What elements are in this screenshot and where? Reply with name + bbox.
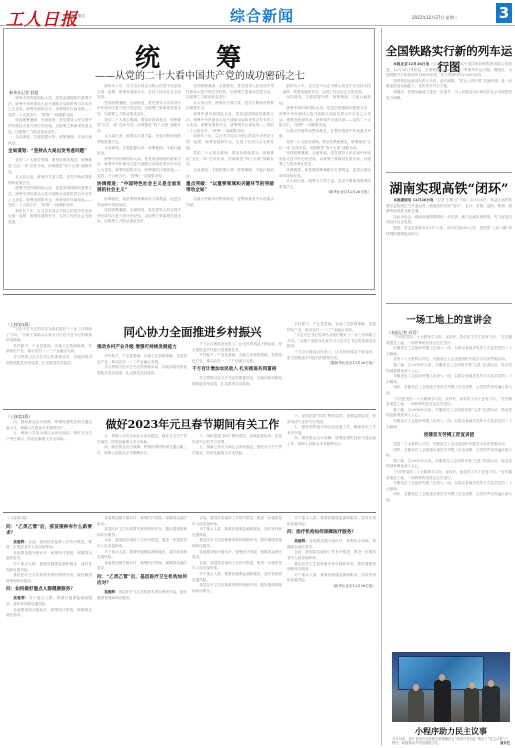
holiday-article-column-1: 四、做好群众出行保障。统筹疫情防控和交通运输工作，保障人民群众平安顺利出行。 五… — [6, 420, 92, 508]
person-head — [413, 684, 419, 691]
person-head — [439, 674, 445, 681]
qa-article-column-2: 各地要加强分级诊疗，统筹医疗资源，保障群众就医需求。 基层医疗卫生机构要发挥好网… — [97, 516, 187, 744]
qa-question-1: 问：“乙类乙管”后，疫苗接种有什么新要求？ — [6, 525, 92, 537]
holiday-article-column-2: 五、保障公共安全和社会治安稳定。强化安全生产责任落实，防范化解重大安全风险。 四… — [97, 434, 187, 508]
rural-article-end-note: （据新华社北京12月26日电） — [287, 361, 376, 367]
lead-article-end-note: （新华社北京12月26日电） — [279, 190, 371, 196]
section-rule — [3, 294, 376, 295]
person — [464, 688, 479, 722]
rural-article-title: 同心协力全面推进乡村振兴 — [100, 324, 285, 340]
rural-subhead-2: 千方百计增加农民收入 扎实推进共同富裕 — [192, 367, 282, 373]
section-rule — [386, 172, 512, 173]
qa-article-column-3: 目前，我国疫苗接种工作有序推进，要进一步提高老年人疫苗接种率。 对于重点人群，要… — [192, 516, 282, 744]
holiday-article-title: 做好2023年元旦春节期间有关工作 — [100, 416, 285, 432]
qa-question-3: 问：“乙类乙管”后，基层医疗卫生机构如何应对？ — [97, 575, 187, 587]
hunan-dateline: 本报湖南电 12月26日电 — [393, 198, 434, 202]
person-head — [469, 682, 475, 689]
person — [408, 690, 424, 722]
lead-article-subtitle: ——从党的二十大看中国共产党的成功密码之七 — [30, 67, 370, 82]
lead-subhead-2: 重点突破：“以重要领域和关键环节的突破带动全局” — [186, 182, 274, 194]
lead-article-column-4: 新时代十年，以习近平同志为核心的党中央坚持全国一盘棋，统筹发展和安全，实现了经济… — [279, 84, 371, 286]
qa-article-end-note: （新华社北京12月26日电） — [287, 584, 376, 590]
rural-article-column-2: 推动乡村产业升级 增强可持续发展能力 乡村振兴，产业是基础。各地立足资源禀赋，发… — [97, 342, 187, 405]
editor-credit: 责任编辑 版式 — [63, 14, 85, 19]
news-photo — [392, 652, 510, 722]
section-rule — [3, 409, 376, 410]
railway-dateline: 本报北京12月26日电 — [393, 62, 429, 66]
issue-date: 2022年12月27日 星期二 — [412, 15, 458, 21]
person — [482, 686, 500, 722]
lead-subhead-3: 协调推进：“中国特色社会主义是全面发展的社会主义” — [97, 182, 181, 194]
qa-question-4: 问：医疗机构如何保障医疗服务？ — [287, 530, 376, 536]
qa-article-column-1: （上接第2版） 问：“乙类乙管”后，疫苗接种有什么新要求？ 焦雅辉：目前，我国疫… — [6, 516, 92, 744]
column-divider — [381, 28, 382, 746]
person-head — [488, 680, 494, 687]
lecture-subhead: 创建首支劳模工匠宣讲团 — [386, 433, 512, 439]
holiday-article-column-4: 六、深化拓展“四风”整治成效，加强监督检查，营造风清气正的节日氛围。 七、做好值… — [287, 414, 376, 508]
masthead: 工人日报 责任编辑 版式 综合新闻 2022年12月27日 星期二 3 — [0, 0, 515, 26]
qa-article-column-4: 对于重点人群，要做好健康监测和服务，及时发现和处置风险。 问：医疗机构如何保障医… — [287, 516, 376, 744]
section-title: 综合新闻 — [230, 5, 294, 26]
holiday-article-column-3: 六、深化拓展“四风”整治成效，加强监督检查，营造风清气正的节日氛围。 五、保障公… — [192, 434, 282, 508]
section-rule — [3, 512, 376, 513]
hunan-article-body: 本报湖南电 12月26日电（记者 王鹏 刘 文韵）12月26日，常益长高铁常德至… — [386, 198, 512, 298]
railway-article-body: 本报北京12月26日电（记者 刘静）记者从中国国家铁路集团有限公司获悉，12月2… — [386, 62, 512, 160]
rural-article-column-3: 千方百计增加农民收入，让农民的钱袋子鼓起来，是全面推进乡村振兴的重要任务。 乡村… — [192, 342, 282, 405]
page-number-badge: 3 — [496, 3, 512, 23]
person — [434, 680, 451, 722]
lead-subhead-1: 全局谋划：“坚持从大局出发考虑问题” — [8, 149, 92, 155]
lead-article-column-1: 统筹中国内和国际大局，是党治国理政的重要方法。统筹中华民族伟大复兴战略全局和世界… — [8, 96, 92, 286]
lecture-article-title: 一场工地上的宣讲会 — [385, 312, 513, 326]
rural-article-column-1: “习近平总书记的讲话为我们做好下一步工作指明了方向。”各地干部群众认真学习习近平… — [6, 327, 92, 405]
lecture-article-body: “只有把党的二十大精神学习好、宣传好，我们的工作才更有方向。”在安徽某建设工地，… — [386, 335, 512, 647]
lead-article-column-3: 坚持统筹兼顾、全面规划，是党领导人民实现中华民族伟大复兴的历史经验。以统筹之策谋… — [186, 84, 274, 286]
lead-article-column-2: 新时代十年，以习近平同志为核心的党中央坚持全国一盘棋，统筹发展和安全，实现了经济… — [97, 84, 181, 286]
section-rule — [386, 303, 512, 304]
rural-article-column-4: 乡村振兴，产业是基础。各地立足资源禀赋，发展特色产业，推动农村一二三产业融合发展… — [287, 322, 376, 405]
photo-caption-title: 小程序助力民主议事 — [392, 726, 510, 737]
photo-caption-text: 今年以来，浙江省绍兴市柯桥区夏履镇结合“浙里兴村治社”推出了“民主议事”小程序，… — [392, 737, 510, 746]
hunan-article-title: 湖南实现高铁“闭环” — [385, 178, 513, 197]
photo-credit: 周专栏 — [500, 741, 510, 745]
qa-question-2: 问：如何做好重点人群健康服务？ — [6, 587, 92, 593]
rural-subhead-1: 推动乡村产业升级 增强可持续发展能力 — [97, 345, 187, 351]
